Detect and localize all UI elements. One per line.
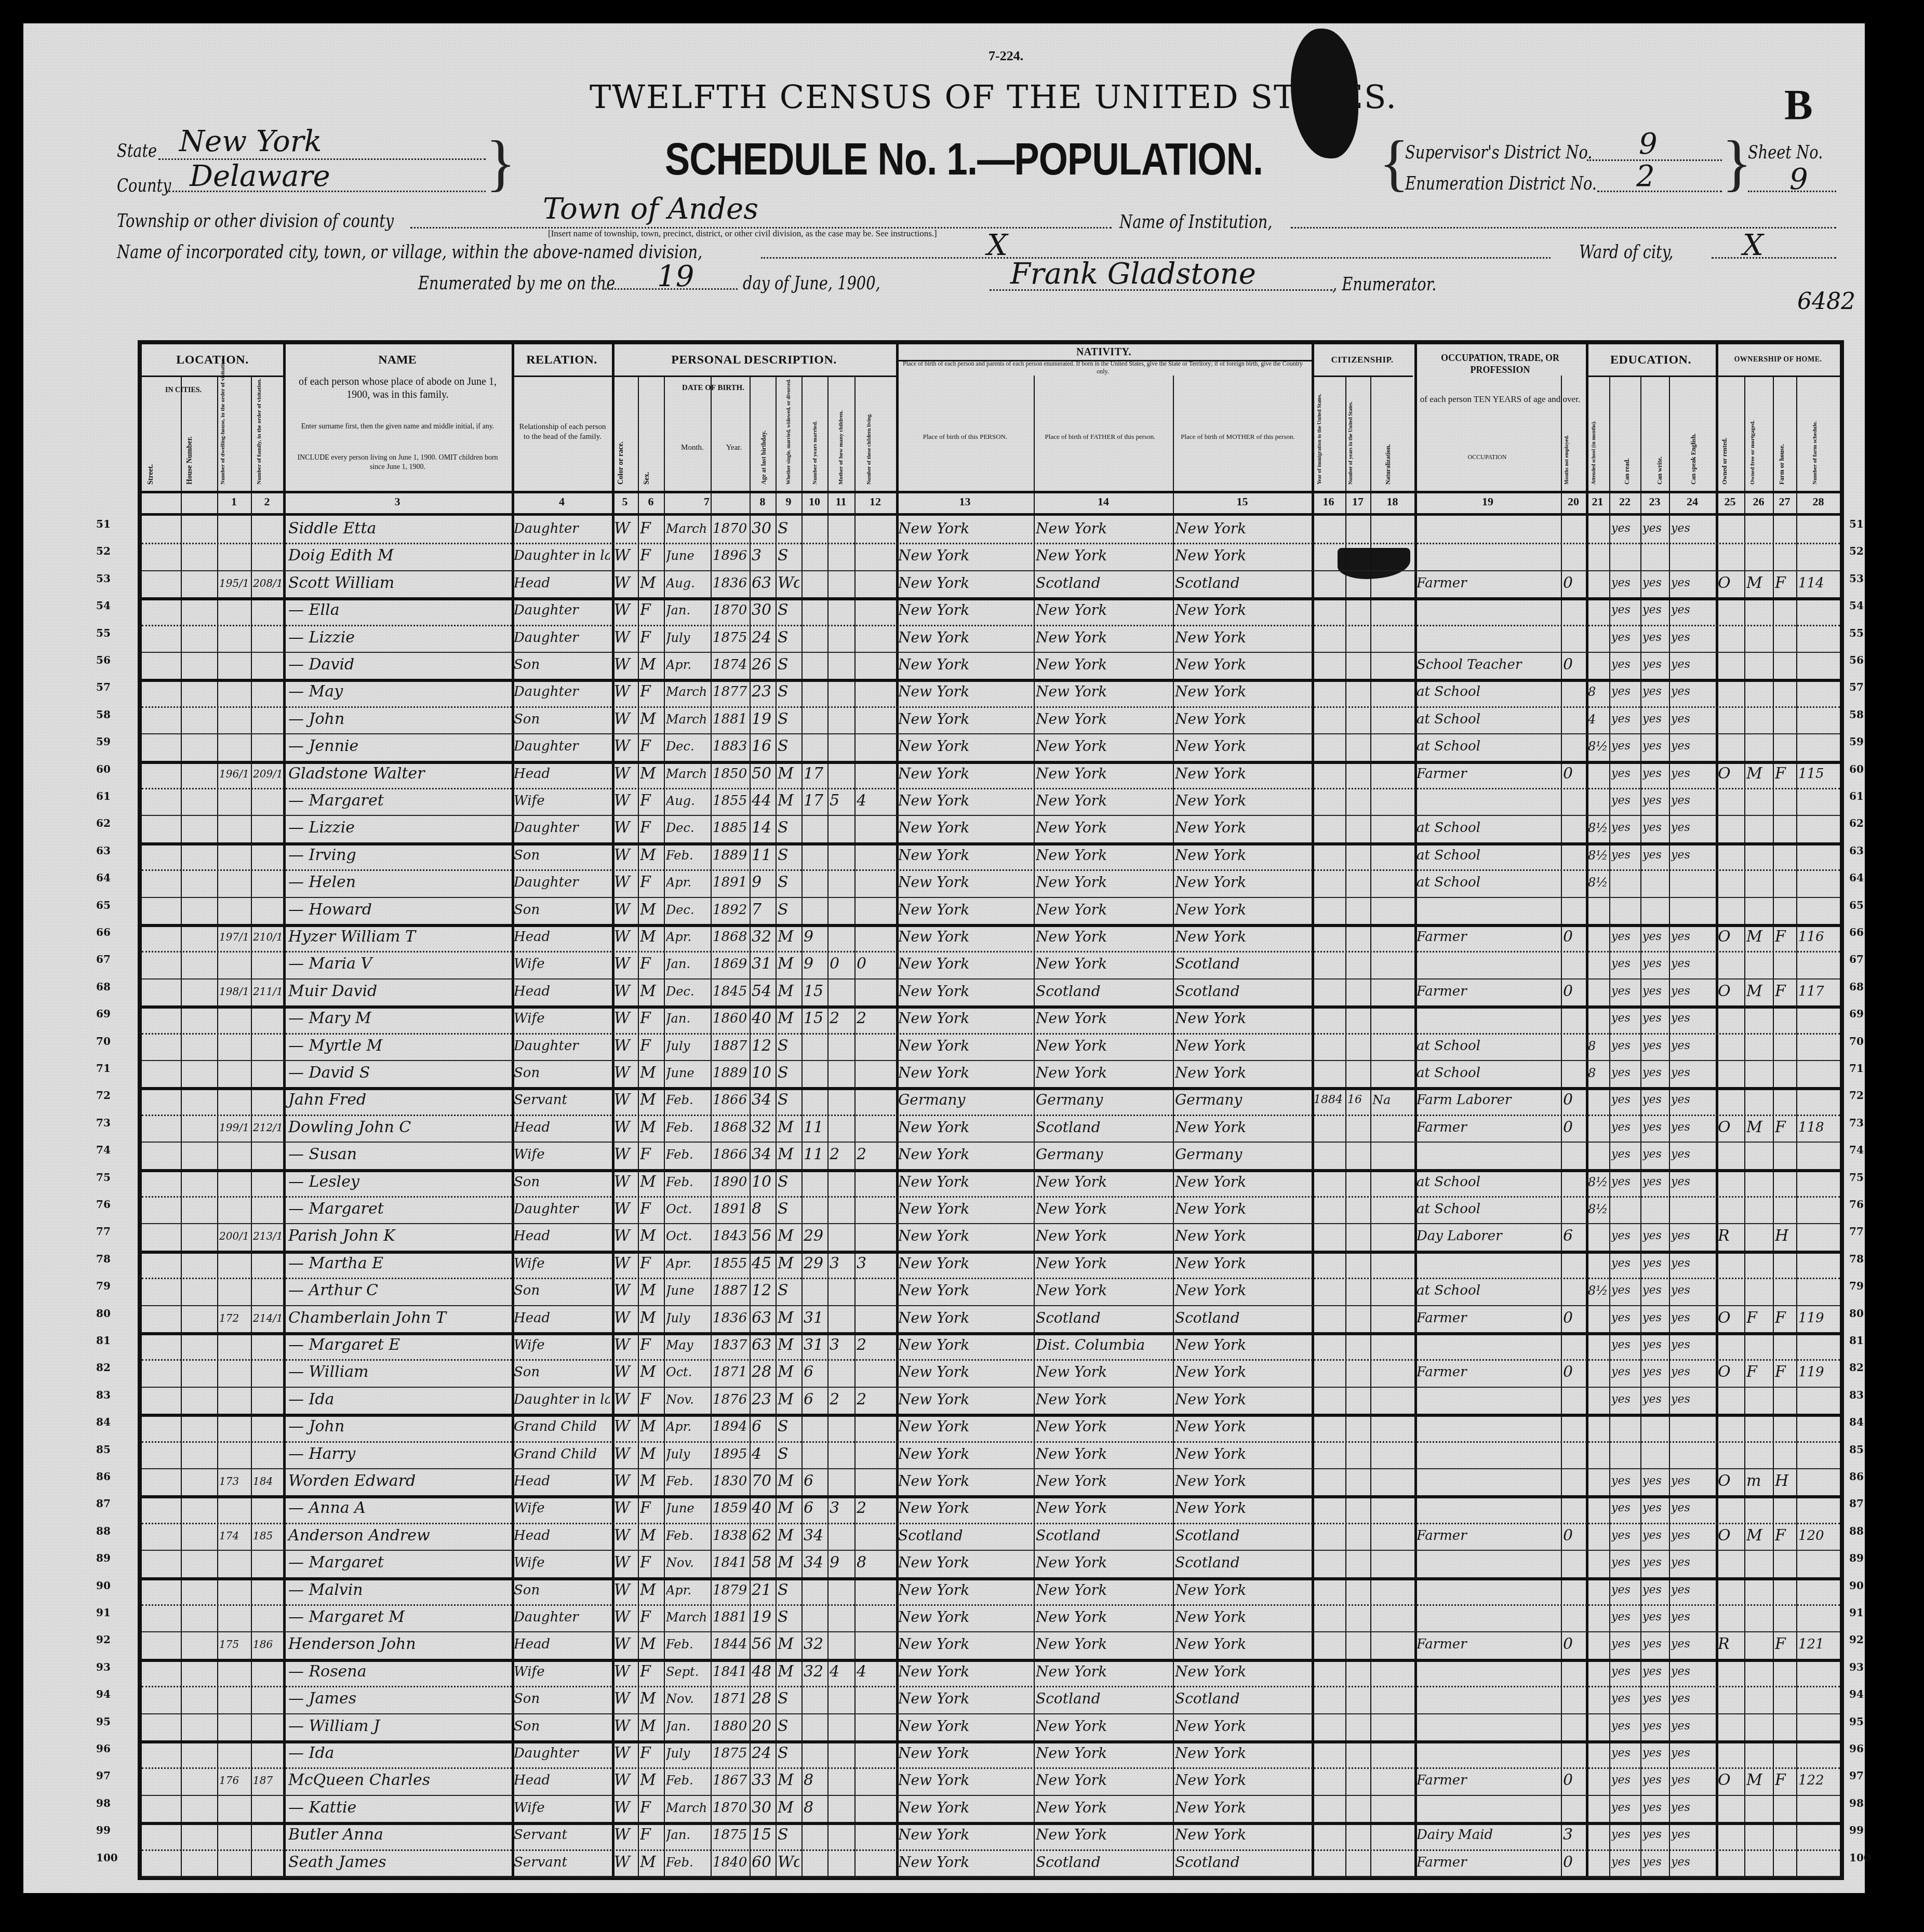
cell-color: W [614,1660,636,1684]
line-number: 73 [96,1117,111,1129]
cell-imm [1314,1741,1343,1765]
cell-pob: New York [898,598,1032,622]
cell-pob: New York [898,1768,1032,1792]
cell-occ [1417,626,1559,650]
cell-mc [830,1605,852,1629]
cell-unemp [1563,1034,1584,1058]
cell-pob-m: New York [1175,1061,1310,1085]
cell-name: Scott William [285,571,513,595]
cell-occ: Farmer [1417,571,1559,595]
cell-write: yes [1642,1496,1667,1520]
cell-dwelling [219,544,249,568]
cell-dwelling [219,952,249,976]
cell-ym: 9 [804,952,825,976]
year-label: Year. [713,443,755,453]
cell-sched: 121 [1798,1632,1838,1656]
cell-year: 1877 [713,680,747,704]
cell-nat [1372,1469,1412,1493]
table-body: Siddle EttaDaughterWFMarch187030SNew Yor… [142,516,1840,1876]
cell-school [1588,1605,1607,1629]
cell-dwelling [219,843,249,867]
cell-farm [1775,544,1794,568]
ward-value: X [1743,229,1763,262]
cell-sex: F [640,1388,662,1412]
cell-year: 1890 [713,1170,747,1194]
cell-write: yes [1642,762,1667,786]
cell-pob-f: New York [1036,1415,1171,1439]
cell-pob-m: Germany [1175,1088,1310,1112]
cell-age: 12 [752,1279,773,1303]
cell-free [1746,1415,1771,1439]
cell-month: July [666,626,709,650]
cell-read: yes [1611,1143,1638,1166]
cell-imm [1314,1551,1343,1575]
header-can-read: Can read. [1623,396,1631,485]
cell-farm [1775,1714,1794,1738]
cell-name: Seath James [285,1850,513,1874]
cell-nat [1372,1252,1412,1276]
cell-family [253,734,281,758]
cell-dwelling [219,1197,249,1221]
column-number: 26 [1744,495,1773,508]
line-number: 72 [96,1089,111,1102]
header-color: Color or race. [617,401,625,485]
cell-name: — Mary M [285,1007,513,1030]
cell-occ [1417,1388,1559,1412]
cell-unemp [1563,1333,1584,1357]
cell-age: 32 [752,925,773,949]
cell-name: Dowling John C [285,1116,513,1139]
cell-farm [1775,1442,1794,1466]
cell-free [1746,734,1771,758]
line-number: 57 [96,681,111,693]
table-row: — HarryGrand ChildWMJuly18954SNew YorkNe… [142,1441,1840,1469]
cell-free [1746,1143,1771,1166]
cell-name: — John [285,1415,513,1439]
cell-mc [830,1061,852,1085]
enumeration-district-label: Enumeration District No. [1405,173,1597,194]
cell-nat [1372,517,1412,541]
table-row: — LizzieDaughterWFJuly187524SNew YorkNew… [142,625,1840,653]
line-number: 66 [96,926,111,938]
cell-speak: yes [1671,1660,1714,1684]
cell-month: June [666,544,709,568]
cell-pob: New York [898,1116,1032,1139]
cell-own: O [1718,762,1742,786]
cell-speak: yes [1671,598,1714,622]
cell-mc [830,1823,852,1847]
cell-school: 8 [1588,1034,1607,1058]
cell-mc [830,1034,852,1058]
line-number: 71 [1849,1062,1864,1075]
cell-ym [804,1823,825,1847]
cell-occ: at School [1417,1279,1559,1303]
group-location: LOCATION. [142,344,283,377]
cell-sex: M [640,898,662,922]
cell-nat [1372,653,1412,677]
cell-mc [830,734,852,758]
cell-dwelling: 173 [219,1469,249,1493]
cell-pob-f: New York [1036,762,1171,786]
cell-relation: Head [514,571,610,595]
cell-ym: 31 [804,1333,825,1357]
cell-family [253,1061,281,1085]
cell-ym [804,653,825,677]
cell-relation: Wife [514,789,610,813]
cell-read: yes [1611,1306,1638,1330]
cell-mc [830,1768,852,1792]
cell-pob-f: New York [1036,1007,1171,1030]
cell-occ [1417,1796,1559,1820]
cell-relation: Son [514,707,610,731]
cell-relation: Daughter [514,1197,610,1221]
line-number: 61 [1849,790,1864,802]
cell-unemp [1563,898,1584,922]
cell-month: Dec. [666,816,709,840]
cell-cl [857,707,894,731]
cell-free [1746,1850,1771,1874]
relation-description: Relationship of each person to the head … [516,422,609,442]
column-number: 17 [1345,495,1370,508]
cell-cl [857,898,894,922]
cell-imm [1314,898,1343,922]
line-number: 54 [1849,599,1864,612]
cell-school [1588,789,1607,813]
cell-name: Siddle Etta [285,517,513,541]
cell-school [1588,598,1607,622]
cell-unemp: 0 [1563,1850,1584,1874]
cell-nat [1372,1197,1412,1221]
cell-name: — Maria V [285,952,513,976]
cell-relation: Son [514,1279,610,1303]
line-number: 84 [1849,1416,1864,1428]
cell-write: yes [1642,1007,1667,1030]
cell-family [253,1741,281,1765]
cell-occ [1417,1143,1559,1166]
cell-dwelling [219,870,249,894]
cell-dwelling: 200/171 [219,1224,249,1248]
cell-family [253,1578,281,1602]
cell-free [1746,1687,1771,1711]
cell-school [1588,952,1607,976]
cell-nat [1372,571,1412,595]
table-row: — RosenaWifeWFSept.184148M3244New YorkNe… [142,1659,1840,1687]
cell-pob: New York [898,1279,1032,1303]
cell-free [1746,1823,1771,1847]
birth-mother-label: Place of birth of MOTHER of this person. [1173,433,1303,441]
cell-month: Jan. [666,1823,709,1847]
cell-marital: S [778,1415,799,1439]
cell-family [253,1823,281,1847]
cell-sched [1798,1578,1838,1602]
cell-ym: 9 [804,925,825,949]
cell-free [1746,1007,1771,1030]
cell-mc [830,571,852,595]
cell-speak: yes [1671,1741,1714,1765]
cell-unemp: 0 [1563,571,1584,595]
cell-dwelling [219,1061,249,1085]
cell-relation: Wife [514,1252,610,1276]
cell-mc [830,1306,852,1330]
cell-age: 34 [752,1143,773,1166]
cell-month: June [666,1496,709,1520]
cell-school: 8 [1588,1061,1607,1085]
cell-unemp [1563,1170,1584,1194]
cell-sex: F [640,1823,662,1847]
cell-yrs [1347,1496,1368,1520]
cell-imm [1314,544,1343,568]
cell-pob-m: New York [1175,653,1310,677]
cell-family: 209/178 [253,762,281,786]
cell-cl [857,1578,894,1602]
cell-ym [804,517,825,541]
cell-family [253,1850,281,1874]
cell-farm [1775,1796,1794,1820]
cell-nat [1372,1279,1412,1303]
cell-ym [804,598,825,622]
cell-ym: 32 [804,1632,825,1656]
cell-mc: 3 [830,1496,852,1520]
cell-year: 1841 [713,1660,747,1684]
cell-family [253,1360,281,1384]
cell-color: W [614,1796,636,1820]
line-number: 87 [1849,1497,1864,1510]
cell-occ [1417,1660,1559,1684]
cell-family [253,1034,281,1058]
table-row: — William JSonWMJan.188020SNew YorkNew Y… [142,1713,1840,1743]
cell-own: O [1718,1768,1742,1792]
cell-pob-f: New York [1036,544,1171,568]
cell-yrs [1347,952,1368,976]
cell-farm [1775,1605,1794,1629]
cell-marital: M [778,1660,799,1684]
cell-speak: yes [1671,980,1714,1003]
cell-sched [1798,1687,1838,1711]
cell-write: yes [1642,1578,1667,1602]
cell-free [1746,1088,1771,1112]
cell-age: 20 [752,1714,773,1738]
cell-year: 1876 [713,1388,747,1412]
cell-family [253,816,281,840]
cell-farm: F [1775,980,1794,1003]
cell-ym [804,1034,825,1058]
cell-own [1718,1088,1742,1112]
cell-dwelling [219,1660,249,1684]
cell-pob-m: Germany [1175,1143,1310,1166]
cell-color: W [614,517,636,541]
cell-own: O [1718,980,1742,1003]
cell-cl [857,1714,894,1738]
cell-school [1588,1360,1607,1384]
cell-sched [1798,1605,1838,1629]
line-number: 75 [1849,1171,1864,1184]
cell-color: W [614,1360,636,1384]
cell-farm [1775,1660,1794,1684]
cell-write: yes [1642,1061,1667,1085]
cell-read: yes [1611,762,1638,786]
cell-mc [830,1469,852,1493]
cell-yrs [1347,1116,1368,1139]
table-row: — Margaret MDaughterWFMarch188119SNew Yo… [142,1604,1840,1632]
cell-age: 7 [752,898,773,922]
cell-month: Feb. [666,1116,709,1139]
cell-marital: M [778,1524,799,1548]
cell-speak: yes [1671,1850,1714,1874]
cell-sex: M [640,1524,662,1548]
cell-read: yes [1611,1714,1638,1738]
cell-color: W [614,1143,636,1166]
cell-imm [1314,1714,1343,1738]
line-number: 52 [1849,545,1864,557]
cell-own: O [1718,1360,1742,1384]
cell-pob-m: New York [1175,1741,1310,1765]
cell-imm [1314,762,1343,786]
supervisor-district-label: Supervisor's District No. [1405,142,1592,163]
header-immigration: Year of immigration to the United States… [1317,381,1322,485]
cell-write: yes [1642,653,1667,677]
cell-nat [1372,1850,1412,1874]
cell-color: W [614,1524,636,1548]
cell-read [1611,1442,1638,1466]
cell-year: 1868 [713,925,747,949]
cell-marital: M [778,1007,799,1030]
cell-write [1642,1442,1667,1466]
cell-imm [1314,1279,1343,1303]
cell-month: Jan. [666,1714,709,1738]
cell-relation: Son [514,1061,610,1085]
cell-family [253,1252,281,1276]
cell-yrs [1347,925,1368,949]
cell-nat [1372,1714,1412,1738]
cell-own [1718,1496,1742,1520]
cell-month: June [666,1061,709,1085]
cell-yrs [1347,653,1368,677]
line-number: 92 [1849,1633,1864,1646]
cell-dwelling [219,1279,249,1303]
cell-pob: New York [898,898,1032,922]
cell-marital: M [778,1796,799,1820]
cell-relation: Daughter [514,598,610,622]
cell-unemp [1563,1143,1584,1166]
cell-relation: Son [514,1578,610,1602]
cell-family [253,1197,281,1221]
cell-pob: New York [898,1306,1032,1330]
cell-sched: 122 [1798,1768,1838,1792]
cell-sex: F [640,1007,662,1030]
cell-speak: yes [1671,1360,1714,1384]
cell-year: 1838 [713,1524,747,1548]
cell-year: 1880 [713,1714,747,1738]
cell-free: M [1746,571,1771,595]
cell-dwelling [219,1551,249,1575]
cell-imm [1314,789,1343,813]
cell-pob-m: New York [1175,789,1310,813]
cell-farm [1775,898,1794,922]
line-number: 74 [1849,1144,1864,1156]
cell-marital: S [778,544,799,568]
cell-nat [1372,1388,1412,1412]
cell-write: yes [1642,1143,1667,1166]
cell-read: yes [1611,1061,1638,1085]
cell-color: W [614,1823,636,1847]
cell-sex: M [640,1714,662,1738]
cell-sex: F [640,598,662,622]
cell-yrs [1347,1252,1368,1276]
cell-age: 62 [752,1524,773,1548]
cell-ym [804,1578,825,1602]
line-number: 63 [96,844,111,857]
cell-write: yes [1642,1687,1667,1711]
cell-imm [1314,626,1343,650]
cell-read: yes [1611,1632,1638,1656]
cell-name: — Margaret [285,789,513,813]
cell-name: — Harry [285,1442,513,1466]
cell-speak [1671,1442,1714,1466]
cell-write: yes [1642,626,1667,650]
cell-sched [1798,1469,1838,1493]
cell-pob-m: New York [1175,762,1310,786]
cell-ym [804,1850,825,1874]
cell-occ [1417,1741,1559,1765]
cell-sched: 119 [1798,1360,1838,1384]
table-row: — Mary MWifeWFJan.186040M1522New YorkNew… [142,1005,1840,1034]
cell-nat [1372,1360,1412,1384]
column-number: 20 [1561,495,1586,508]
cell-dwelling: 174 [219,1524,249,1548]
cell-pob-m: New York [1175,1660,1310,1684]
line-number: 96 [1849,1742,1864,1755]
cell-occ: Farmer [1417,1116,1559,1139]
cell-year: 1895 [713,1442,747,1466]
cell-yrs [1347,1333,1368,1357]
cell-school [1588,980,1607,1003]
cell-imm [1314,1252,1343,1276]
table-row: — LizzieDaughterWFDec.188514SNew YorkNew… [142,815,1840,845]
cell-unemp [1563,1796,1584,1820]
cell-name: — Irving [285,843,513,867]
incorporated-value: X [987,229,1008,262]
cell-relation: Head [514,762,610,786]
cell-month: Feb. [666,1143,709,1166]
cell-name: Worden Edward [285,1469,513,1493]
cell-write: yes [1642,1714,1667,1738]
cell-family: 184 [253,1469,281,1493]
cell-pob-f: New York [1036,1741,1171,1765]
cell-age: 24 [752,1741,773,1765]
line-number: 98 [1849,1797,1864,1809]
cell-cl [857,571,894,595]
cell-own: O [1718,571,1742,595]
table-row: 195/166208/177Scott WilliamHeadWMAug.183… [142,570,1840,600]
cell-farm [1775,1061,1794,1085]
cell-pob-m: New York [1175,1578,1310,1602]
cell-name: — Susan [285,1143,513,1166]
cell-name: — Malvin [285,1578,513,1602]
cell-relation: Head [514,1632,610,1656]
cell-read: yes [1611,1823,1638,1847]
cell-marital: M [778,1224,799,1248]
cell-imm [1314,1442,1343,1466]
cell-pob-f: New York [1036,1660,1171,1684]
cell-write: yes [1642,1660,1667,1684]
cell-relation: Daughter [514,680,610,704]
line-number: 58 [1849,708,1864,721]
cell-age: 58 [752,1551,773,1575]
cell-name: — Margaret E [285,1333,513,1357]
line-number: 81 [96,1334,111,1347]
cell-cl: 3 [857,1252,894,1276]
cell-free [1746,1496,1771,1520]
